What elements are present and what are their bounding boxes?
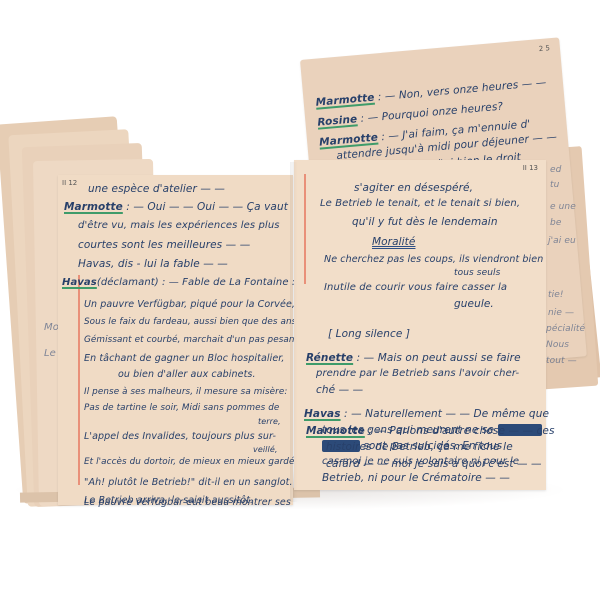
script-line: Rénette : — Mais on peut aussi se faire	[306, 352, 521, 364]
script-line: Marmotte : — Parlons d'autre chose — — c…	[306, 425, 555, 437]
script-line: Marmotte : — Non, vers onze heures — —	[315, 77, 547, 109]
script-line: Inutile de courir vous faire casser la	[324, 282, 507, 293]
verse-line: terre,	[258, 417, 281, 426]
script-line: Ne cherchez pas les coups, ils viendront…	[324, 254, 543, 265]
book-spine	[290, 162, 298, 502]
script-line: Havas : — Naturellement — — De même que	[304, 408, 549, 420]
script-line: Le Betrieb le tenait, et le tenait si bi…	[320, 198, 520, 209]
script-line: Havas, dis - lui la fable — —	[78, 258, 228, 270]
script-line: histoires de Betrieb, ça me fiche le	[326, 441, 513, 453]
edge-fragment: pécialité	[546, 324, 585, 334]
script-line: Betrieb, ni pour le Crématoire — —	[322, 472, 510, 484]
edge-fragment: Le	[44, 348, 56, 359]
edge-fragment: Nous	[546, 340, 569, 350]
verse-line: Il pense à ses malheurs, il mesure sa mi…	[84, 387, 287, 397]
script-line: gueule.	[454, 298, 494, 310]
verse-line: Sous le faix du fardeau, aussi bien que …	[84, 317, 299, 327]
script-line: prendre par le Betrieb sans l'avoir cher…	[316, 368, 519, 379]
margin-line	[78, 275, 80, 485]
verse-line: En tâchant de gagner un Bloc hospitalier…	[84, 353, 285, 364]
verse-line: ou bien d'aller aux cabinets.	[118, 369, 256, 380]
script-line: Marmotte : — Oui — — Oui — — Ça vaut	[64, 201, 288, 213]
edge-fragment: Mo	[44, 322, 59, 333]
edge-fragment: ed	[550, 165, 561, 175]
script-line: Havas(déclamant) : — Fable de La Fontain…	[62, 277, 295, 288]
edge-fragment: tu	[550, 180, 559, 190]
script-line: s'agiter en désespéré,	[354, 182, 473, 194]
edge-fragment: nie —	[548, 308, 574, 318]
script-line: cafard — — moi je sais à quoi c'est — —	[326, 458, 542, 470]
script-line: d'être vu, mais les expériences les plus	[78, 220, 280, 231]
edge-fragment: tie!	[548, 290, 564, 300]
moral-heading: Moralité	[372, 236, 415, 248]
script-line: une espèce d'atelier — —	[88, 183, 225, 195]
script-line: tous seuls	[454, 268, 500, 278]
page-number: 2 5	[538, 44, 550, 53]
script-line: courtes sont les meilleures — —	[78, 239, 250, 251]
page-number: II 12	[62, 179, 77, 187]
edge-fragment: e une	[550, 202, 576, 212]
margin-line	[304, 174, 306, 284]
script-line: ché — —	[316, 384, 363, 396]
verse-line: Un pauvre Verfügbar, piqué pour la Corvé…	[84, 299, 295, 310]
script-line: qu'il y fut dès le lendemain	[352, 216, 498, 228]
verse-line: Gémissant et courbé, marchait d'un pas p…	[84, 335, 301, 345]
stage-direction: [ Long silence ]	[328, 328, 410, 340]
verse-line: Et l'accès du dortoir, de mieux en mieux…	[84, 457, 297, 467]
page-number: II 13	[523, 164, 538, 172]
verse-line: Le pauvre Verfügbar eut beau montrer ses	[84, 497, 291, 508]
edge-fragment: j'ai eu	[548, 236, 576, 246]
verse-line: veillé,	[253, 445, 278, 454]
verse-line: Pas de tartine le soir, Midi sans pommes…	[84, 403, 279, 413]
edge-fragment: tout —	[546, 356, 577, 366]
verse-line: "Ah! plutôt le Betrieb!" dit-il en un sa…	[84, 477, 293, 488]
left-page: II 12 une espèce d'atelier — — Marmotte …	[58, 175, 293, 505]
edge-fragment: be	[550, 218, 561, 228]
verse-line: L'appel des Invalides, toujours plus sur…	[84, 431, 276, 442]
